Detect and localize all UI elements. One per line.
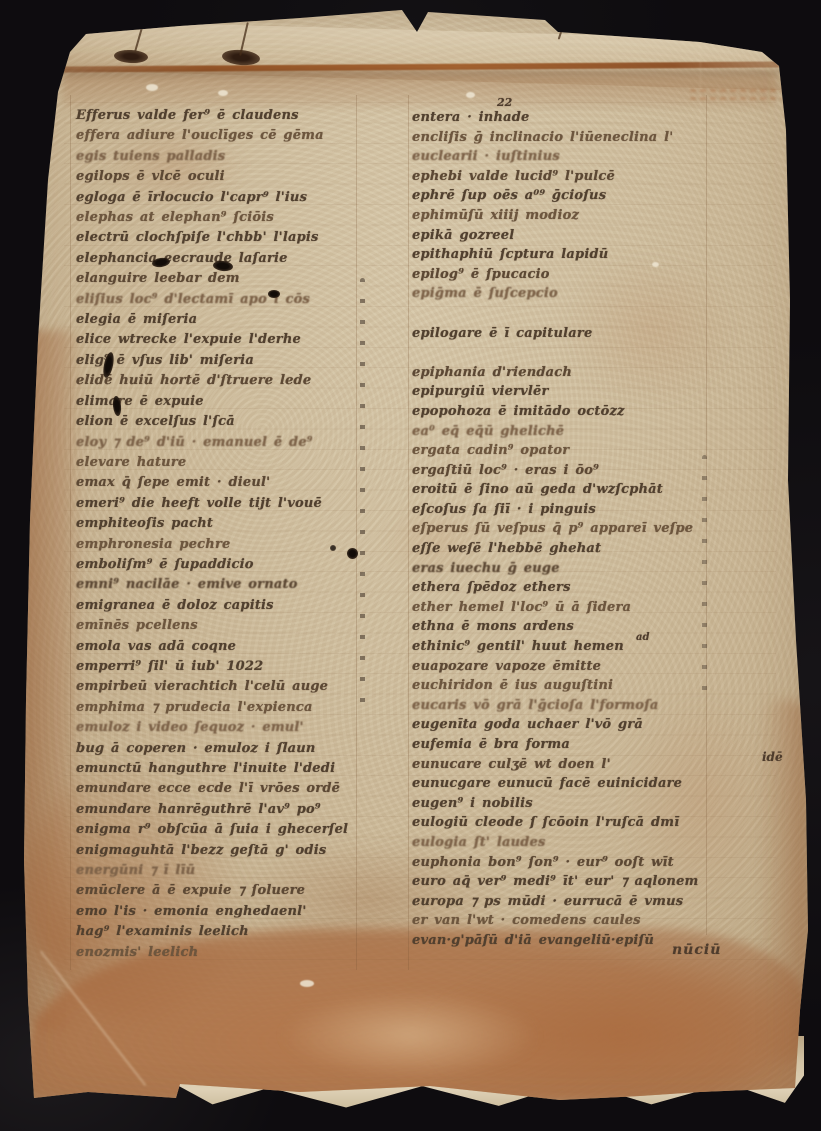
surface-fleck: [300, 980, 314, 987]
vertical-ruling-line: [70, 95, 71, 970]
glossary-entry-line: elegia ē miſeria: [76, 310, 376, 330]
surface-fleck: [652, 262, 659, 267]
glossary-entry-line: emīnēs pcellens: [76, 616, 376, 636]
glossary-entry-line: eunucgare eunucū facē euinicidare: [412, 774, 802, 794]
glossary-entry-line: energūni ⁊ ī līū: [76, 861, 376, 881]
glossary-entry-line: enigmaguhtā l'bezz geſtā g' odis: [76, 841, 376, 861]
glossary-column-left: Efferus valde fer⁹ ē claudenseffera adiu…: [76, 106, 376, 963]
glossary-entry-line: elephas at elephan⁹ ſciōis: [76, 208, 376, 228]
glossary-entry-line: euapozare vapoze ēmitte: [412, 657, 802, 677]
glossary-entry-line: emola vas adā coqne: [76, 637, 376, 657]
glossary-entry-line: emo l'is · emonia enghedaenl': [76, 902, 376, 922]
pale-worn-patch: [280, 990, 540, 1080]
glossary-entry-line: epopohoza ē imitādo octōzz: [412, 402, 802, 422]
glossary-entry-line: egilops ē vlcē oculi: [76, 167, 376, 187]
glossary-entry-line: bug ā coperen · emuloz i ſlaun: [76, 739, 377, 759]
photo-background: Efferus valde fer⁹ ē claudenseffera adiu…: [0, 0, 821, 1131]
glossary-entry-line: emni⁹ nacilāe · emive ornato: [76, 575, 376, 595]
glossary-entry-line: elevare hature: [76, 453, 376, 473]
glossary-entry-line: eucaris vō grā l'ḡcioſa l'formoſa: [412, 696, 802, 716]
glossary-entry-line: empirbeū vierachtich l'celū auge: [76, 677, 376, 697]
glossary-entry-line: emeri⁹ die heeft volle tijt l'vouē: [76, 494, 376, 514]
glossary-entry-line: epilogare ē ī capitulare: [412, 324, 802, 344]
glossary-entry-line: emigranea ē doloz capitis: [76, 596, 376, 616]
parchment-leaf: Efferus valde fer⁹ ē claudenseffera adiu…: [0, 0, 821, 1131]
glossary-entry-line: euclearii · iuſtinius: [412, 147, 802, 167]
glossary-entry-line: emundare hanrēguthrē l'av⁹ po⁹: [76, 800, 376, 820]
glossary-entry-line: epilog⁹ ē ſpucacio: [412, 265, 802, 285]
glossary-entry-line: emūclere ā ē expuie ⁊ ſoluere: [76, 881, 376, 901]
wormhole: [268, 290, 280, 298]
glossary-entry-line: ether hemel l'loc⁹ ū ā ſidera: [412, 598, 802, 618]
glossary-entry-line: eufemia ē bra forma: [412, 735, 802, 755]
glossary-entry-line: [412, 304, 802, 324]
glossary-entry-line: ethera ſpēdoz ethers: [412, 578, 802, 598]
vertical-ruling-line: [408, 95, 409, 970]
glossary-entry-line: eliſius loc⁹ d'lectamī apo ī cōs: [76, 290, 376, 310]
glossary-entry-line: enozmis' leelich: [76, 943, 376, 963]
glossary-entry-line: Efferus valde fer⁹ ē claudens: [76, 106, 376, 126]
glossary-entry-line: electrū clochſpiſe l'chbb' l'lapis: [76, 228, 376, 248]
faded-stroke: [690, 89, 782, 92]
glossary-entry-line: entera · inhade: [412, 108, 802, 128]
glossary-entry-line: eras iuechu ḡ euge: [412, 559, 802, 579]
glossary-entry-line: egloga ē īrlocucio l'capr⁹ l'ius: [76, 188, 377, 208]
glossary-entry-line: ea⁰ eq̄ eq̄ū ghelichē: [412, 422, 802, 442]
glossary-entry-line: er van l'wt · comedens caules: [412, 911, 802, 931]
glossary-entry-line: eulogia ſt' laudes: [412, 833, 802, 853]
glossary-entry-line: euro aq̄ ver⁹ medi⁹ īt' eur' ⁊ aqlonem: [412, 872, 802, 892]
glossary-entry-line: epipurgiū viervlēr: [412, 382, 802, 402]
glossary-entry-line: emundare ecce ecde l'ī vrōes ordē: [76, 779, 376, 799]
glossary-entry-line: emuloz i video ſequoz · emul': [76, 718, 376, 738]
glossary-entry-line: effera adiure l'ouclīges cē gēma: [76, 126, 376, 146]
glossary-entry-line: europa ⁊ ps mūdi · eurrucā ē vmus: [412, 892, 803, 912]
wormhole: [347, 548, 358, 559]
glossary-entry-line: emperri⁹ ſil' ū iub' 1022: [76, 657, 376, 677]
glossary-entry-line: ephimūſū xiiij modioz: [412, 206, 802, 226]
glossary-entry-line: eſcoſus ſa ſiī · i pinguis: [412, 500, 802, 520]
fold-crease: [40, 951, 146, 1086]
glossary-entry-line: eſperus ſū veſpus q̄ p⁹ appareī veſpe: [412, 519, 802, 539]
glossary-entry-line: elidē huiū hortē d'ſtruere lede: [76, 371, 377, 391]
left-edge-stain: [20, 330, 84, 1030]
glossary-entry-line: encliſis ḡ inclinacio l'iūeneclina l': [412, 128, 802, 148]
glossary-entry-line: [412, 343, 802, 363]
glossary-entry-line: epiḡma ē ſuſcepcio: [412, 284, 802, 304]
glossary-entry-line: emunctū hanguthre l'inuite l'dedi: [76, 759, 376, 779]
glossary-entry-line: ergata cadin⁹ opator: [412, 441, 802, 461]
glossary-entry-line: ergaſtiū loc⁹ · eras i ōo⁹: [412, 461, 802, 481]
glossary-entry-line: elanguire leebar dem: [76, 269, 376, 289]
margin-note-idem: idē: [762, 750, 783, 764]
wormhole: [330, 545, 336, 551]
glossary-entry-line: emphiteoſis pacht: [76, 514, 376, 534]
glossary-entry-line: ephebi valde lucid⁹ l'pulcē: [412, 167, 802, 187]
glossary-entry-line: epiphania d'riendach: [412, 363, 803, 383]
surface-fleck: [218, 90, 228, 96]
interlinear-note-22: 22: [497, 96, 512, 109]
glossary-entry-line: eſſe weſē l'hebbē ghehat: [412, 539, 803, 559]
glossary-entry-line: eugen⁹ i nobilis: [412, 794, 802, 814]
faded-stroke: [690, 97, 782, 100]
glossary-entry-line: hag⁹ l'examinis leelich: [76, 922, 377, 942]
glossary-entry-line: epithaphiū ſcptura lapidū: [412, 245, 802, 265]
bottom-glue-stain: [430, 960, 810, 1110]
glossary-entry-line: emphima ⁊ prudecia l'expienca: [76, 698, 376, 718]
glossary-entry-line: eugenīta goda uchaer l'vō grā: [412, 715, 803, 735]
catchword: nūciū: [672, 942, 721, 958]
glossary-entry-line: emax q̄ ſepe emit · dieul': [76, 473, 376, 493]
glossary-entry-line: eloy ⁊ de⁹ d'iū · emanuel ē de⁹: [76, 433, 376, 453]
surface-fleck: [146, 84, 158, 91]
glossary-entry-line: emboliſm⁹ ē ſupaddicio: [76, 555, 377, 575]
glossary-entry-line: euphonia bon⁹ ſon⁹ · eur⁹ ooſt wīt: [412, 853, 802, 873]
glossary-entry-line: elig⁹ ē vſus lib' miſeria: [76, 351, 376, 371]
surface-fleck: [466, 92, 475, 98]
glossary-entry-line: evan·g'pāſū d'iā evangeliū·epiſū: [412, 931, 802, 951]
glossary-entry-line: elion ē excelſus l'ſcā: [76, 412, 376, 432]
glossary-entry-line: ephrē ſup oēs a⁰⁹ ḡcioſus: [412, 186, 803, 206]
glossary-entry-line: ethinic⁹ gentil' huut hemen: [412, 637, 802, 657]
interlinear-note-ad: ad: [636, 632, 649, 643]
glossary-entry-line: eroitū ē ſino aū geda d'wzſcphāt: [412, 480, 802, 500]
glossary-column-right: entera · inhadeencliſis ḡ inclinacio l'i…: [412, 108, 802, 951]
glossary-entry-line: ethna ē mons ardens: [412, 617, 802, 637]
fold-crease-shadow: [60, 70, 780, 80]
faded-inscription: [690, 84, 782, 110]
glossary-entry-line: epikā gozreel: [412, 226, 802, 246]
glossary-entry-line: eunucare culʒē wt doen l': [412, 755, 802, 775]
glossary-entry-line: euchiridon ē ius auguſtini: [412, 676, 802, 696]
glossary-entry-line: eulogiū cleode ſ ſcōoin l'ruſcā dmī: [412, 813, 802, 833]
glossary-entry-line: elice wtrecke l'expuie l'derhe: [76, 330, 376, 350]
glossary-entry-line: enigma r⁹ obſcūa ā ſuia i ghecerſel: [76, 820, 376, 840]
glossary-entry-line: egis tuiens palladis: [76, 147, 376, 167]
